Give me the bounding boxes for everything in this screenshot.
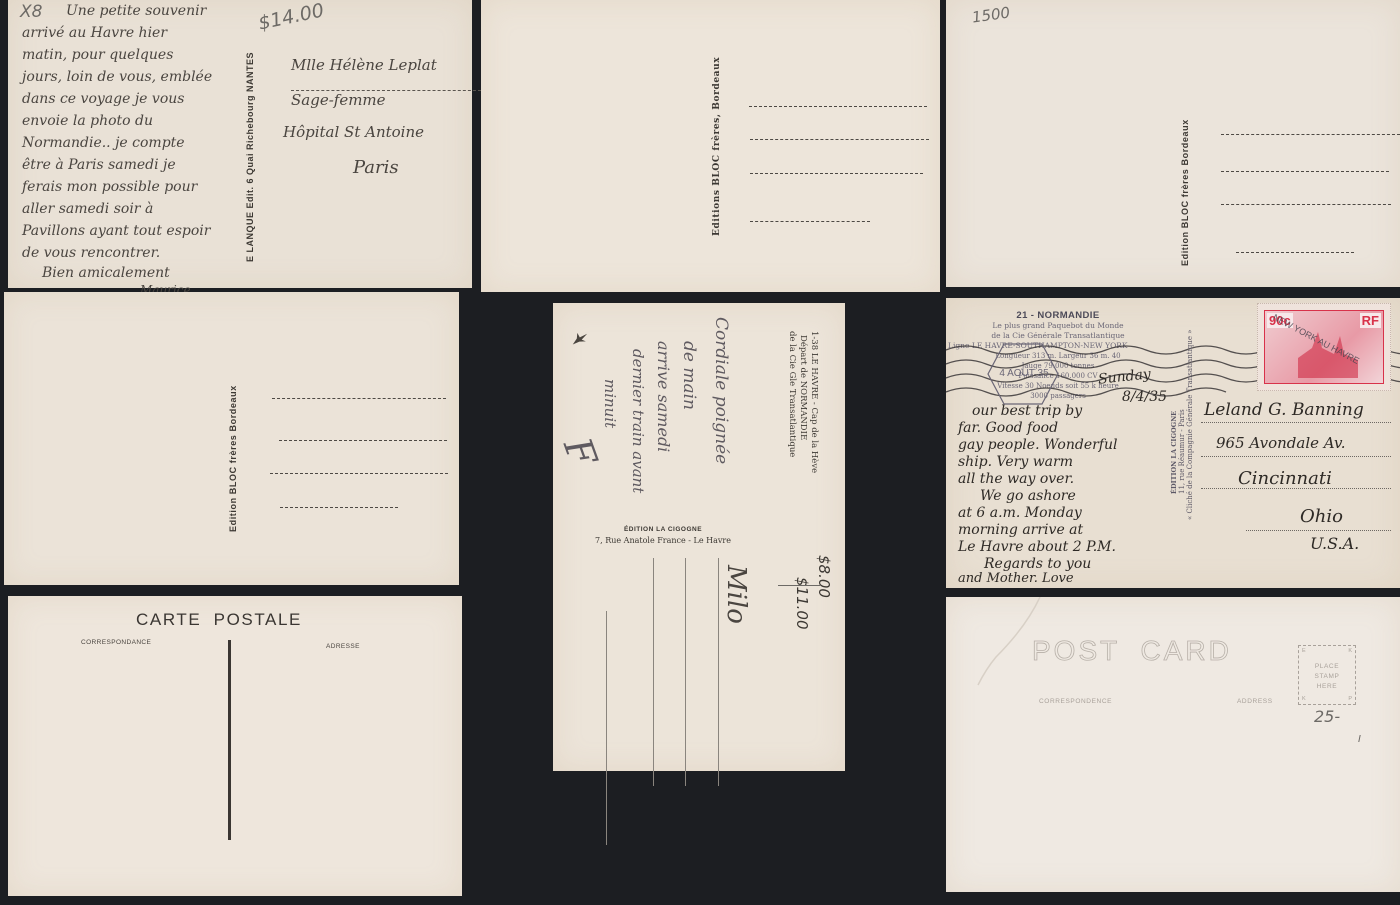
address-line: Sage-femme xyxy=(291,91,481,123)
price-pencil-mark: 25- xyxy=(1314,709,1340,725)
postmark-date: 4 AOUT 35 xyxy=(998,368,1050,379)
date-note: 8/4/35 xyxy=(1122,390,1167,404)
caption-line: 1-38 LE HAVRE - Cap de la Hève xyxy=(809,331,819,473)
message-line: Bien amicalement xyxy=(42,266,267,284)
address-line xyxy=(750,173,923,174)
price-strikethrough xyxy=(778,585,820,586)
message-line: matin, pour quelques xyxy=(22,48,247,70)
card-title: POST CARD xyxy=(1032,635,1232,667)
stamp-corner: P xyxy=(1348,696,1352,702)
address-rule xyxy=(685,558,686,786)
publisher-imprint: Edition BLOC frères Bordeaux xyxy=(1180,119,1190,266)
message-line: jours, loin de vous, emblée xyxy=(22,70,247,92)
caption-line: Départ de NORMANDIE xyxy=(798,335,808,440)
message-line: Normandie.. je compte xyxy=(22,136,247,158)
publisher-line: ÉDITION LA CIGOGNE xyxy=(1170,411,1178,494)
address-line: Hôpital St Antoine xyxy=(283,123,473,157)
message-line: morning arrive at xyxy=(958,523,1168,540)
stamp-corner: K xyxy=(1302,696,1306,702)
message-block: Une petite souvenir arrivé au Havre hier… xyxy=(22,4,247,298)
correspondence-label: CORRESPONDANCE xyxy=(81,639,151,646)
message-line: de main xyxy=(679,341,699,410)
address-block: Leland G. Banning 965 Avondale Av. Cinci… xyxy=(1204,402,1399,556)
address-line xyxy=(749,106,927,107)
address-line xyxy=(279,440,447,441)
message-line: aller samedi soir à xyxy=(22,202,247,224)
message-line: arrivé au Havre hier xyxy=(22,26,247,48)
address-line xyxy=(1221,171,1389,172)
message-line: all the way over. xyxy=(958,472,1168,489)
address-line xyxy=(270,473,448,474)
stamp-corner: E xyxy=(1302,648,1306,654)
address-line xyxy=(280,507,398,508)
stamp-box-text: STAMP xyxy=(1299,672,1355,682)
message-line: gay people. Wonderful xyxy=(958,438,1168,455)
publisher-imprint: Editions BLOC frères, Bordeaux xyxy=(712,57,722,236)
publisher-imprint: E LANQUE Edit. 6 Quai Richebourg NANTES xyxy=(245,52,255,262)
address-line-text: 965 Avondale Av. xyxy=(1216,436,1400,470)
address-label: ADDRESS xyxy=(1237,698,1273,705)
address-line xyxy=(1221,204,1391,205)
address-line-text: U.S.A. xyxy=(1310,536,1400,556)
postcard-7-carte-postale: CARTE POSTALE CORRESPONDANCE ADRESSE xyxy=(8,596,462,896)
address-block: Mlle Hélène Leplat Sage-femme Hôpital St… xyxy=(283,58,473,187)
initial-mark: F xyxy=(558,433,603,471)
message-line: envoie la photo du xyxy=(22,114,247,136)
address-line xyxy=(1221,134,1400,135)
message-line: and Mother. Love xyxy=(958,572,1168,586)
message-line: dernier train avant xyxy=(629,349,647,493)
message-line: Cordiale poignée xyxy=(711,317,731,464)
publisher-line: « Cliché de la Compagnie Générale Transa… xyxy=(1186,330,1194,520)
caption-line: de la Cie Gle Transatlantique xyxy=(787,331,797,457)
message-line: dans ce voyage je vous xyxy=(22,92,247,114)
address-line-text: Leland G. Banning xyxy=(1204,402,1399,436)
postcard-2-bloc-freres: Editions BLOC frères, Bordeaux xyxy=(481,0,940,292)
message-line: We go ashore xyxy=(980,489,1190,506)
publisher-imprint: Edition BLOC frères Bordeaux xyxy=(228,385,238,532)
bird-logo-icon xyxy=(567,326,591,350)
address-line: Mlle Hélène Leplat xyxy=(291,58,481,91)
stamp-box-text: HERE xyxy=(1299,682,1355,692)
publisher-address: 7, Rue Anatole France - Le Havre xyxy=(553,536,773,545)
message-line: être à Paris samedi je xyxy=(22,158,247,180)
message-line: arrive samedi xyxy=(654,341,673,452)
postcard-4-bloc-freres: Edition BLOC frères Bordeaux xyxy=(4,292,459,585)
publisher-name: ÉDITION LA CIGOGNE xyxy=(553,526,773,533)
message-line: our best trip by xyxy=(972,404,1182,421)
signature: Milo xyxy=(721,565,751,624)
message-line: minuit xyxy=(601,379,619,428)
postcard-5-le-havre-cap-de-la-heve: Cordiale poignée de main arrive samedi d… xyxy=(553,303,845,771)
correspondence-label: CORRESPONDENCE xyxy=(1039,698,1112,705)
old-price-pencil-mark: $8.00 xyxy=(815,555,833,598)
stamp-corner: K xyxy=(1348,648,1352,654)
message-line: at 6 a.m. Monday xyxy=(958,506,1168,523)
message-line: ferais mon possible pour xyxy=(22,180,247,202)
message-line: Regards to you xyxy=(984,557,1194,572)
address-line xyxy=(1236,252,1354,253)
postcard-1-handwritten-nantes: X8 Une petite souvenir arrivé au Havre h… xyxy=(8,0,472,288)
address-label: ADRESSE xyxy=(326,643,360,650)
address-line xyxy=(750,139,929,140)
message-line: far. Good food xyxy=(958,421,1168,438)
message-block: our best trip by far. Good food gay peop… xyxy=(958,404,1168,586)
postcard-6-ss-normandie: 21 - NORMANDIE Le plus grand Paquebot du… xyxy=(946,298,1400,588)
card-title: CARTE POSTALE xyxy=(136,610,302,630)
address-line xyxy=(272,398,446,399)
postcard-9-post-card: POST CARD CORRESPONDENCE ADDRESS E K K P… xyxy=(946,597,1400,892)
message-line: ship. Very warm xyxy=(958,455,1168,472)
place-stamp-box: E K K P PLACE STAMP HERE xyxy=(1298,645,1356,705)
price-pencil-mark: 1500 xyxy=(971,5,1011,25)
divider-line xyxy=(228,640,231,840)
message-line: Le Havre about 2 P.M. xyxy=(958,540,1168,557)
address-line-text: Cincinnati xyxy=(1238,470,1400,508)
address-rule xyxy=(653,558,654,786)
publisher-line: 11, rue Réaumur - Paris xyxy=(1178,409,1186,494)
address-rule xyxy=(718,558,719,786)
address-rule xyxy=(606,611,607,845)
stamp-box-text: PLACE xyxy=(1299,662,1355,672)
address-line xyxy=(750,221,870,222)
address-line-text: Ohio xyxy=(1300,508,1400,536)
code-pencil-mark: I xyxy=(1358,735,1361,745)
message-line: Pavillons ayant tout espoir xyxy=(22,224,247,246)
postcard-3-bloc-freres: 1500 Edition BLOC frères Bordeaux xyxy=(946,0,1400,287)
message-line: de vous rencontrer. xyxy=(22,246,247,266)
postmark-cancellation: 4 AOUT 35 xyxy=(986,342,1060,406)
